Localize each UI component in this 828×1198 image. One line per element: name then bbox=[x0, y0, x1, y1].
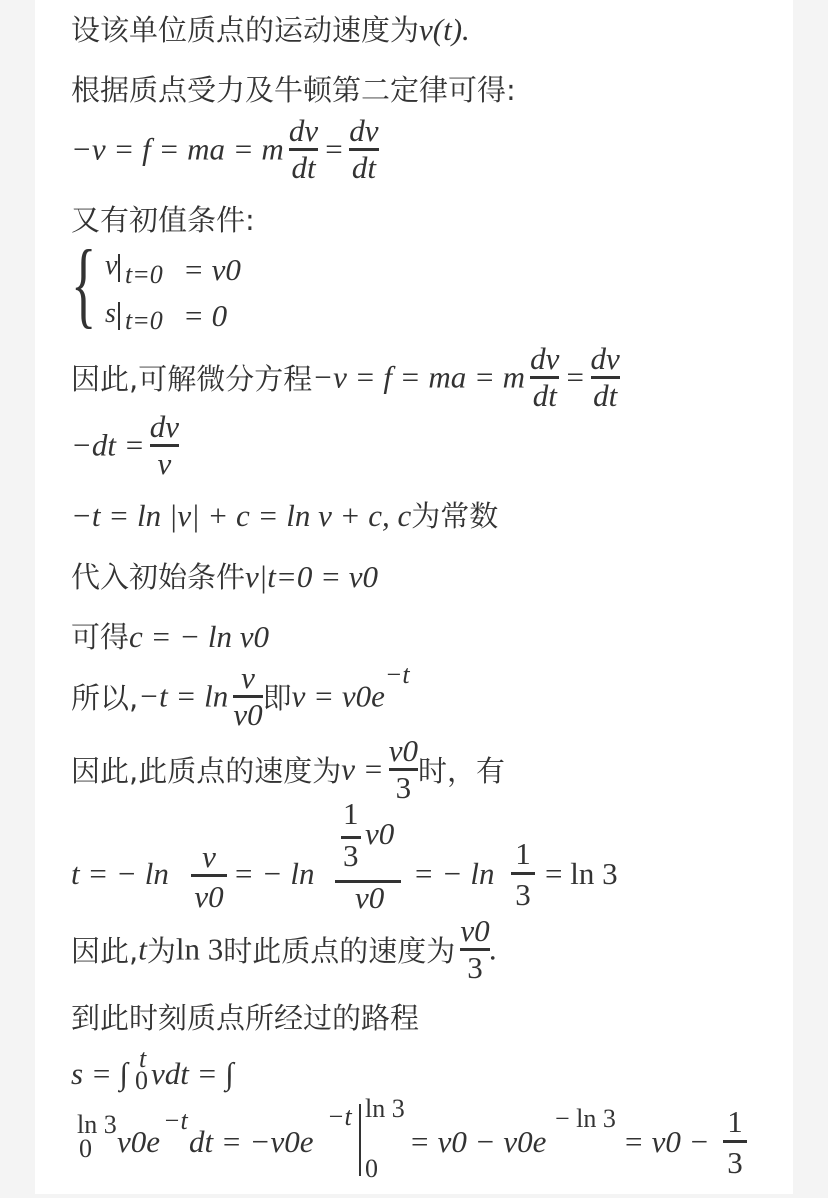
denominator: v0 bbox=[355, 880, 384, 916]
equals: = bbox=[565, 360, 586, 395]
line-conclusion-time: 因此,t为ln 3时此质点的速度为 v03. bbox=[71, 914, 497, 985]
initial-condition-cases: { v t=0 = v0 s t=0 = 0 bbox=[71, 242, 271, 342]
line-newton-law: 根据质点受力及牛顿第二定律可得: bbox=[71, 68, 516, 109]
math: ln 3 bbox=[176, 932, 223, 967]
eval-bar bbox=[118, 254, 120, 282]
text: 因此,此质点的速度为 bbox=[71, 754, 341, 788]
numerator: 1 bbox=[511, 836, 535, 872]
fraction-v0-3: v03 bbox=[389, 734, 418, 805]
text: 根据质点受力及牛顿第二定律可得: bbox=[71, 73, 516, 107]
text: 代入初始条件 bbox=[71, 560, 245, 594]
period: . bbox=[490, 932, 498, 967]
fraction-1-3: 1 3 bbox=[511, 836, 535, 915]
math: = − ln bbox=[413, 856, 494, 892]
equation-distance-result: ln 3 0 v0e −t dt = −v0e −t ln 3 0 = v0 −… bbox=[71, 1092, 771, 1192]
math: dt = −v0e bbox=[189, 1124, 313, 1160]
fraction-1-3: 1 3 bbox=[723, 1104, 747, 1183]
math: −v = f = ma = m bbox=[71, 132, 284, 167]
math: vdt = ∫ bbox=[151, 1056, 234, 1092]
numerator: v bbox=[233, 661, 262, 695]
inner-denominator: 3 bbox=[343, 838, 359, 874]
denominator: dt bbox=[349, 151, 378, 185]
numerator: dv bbox=[530, 342, 559, 376]
text: 又有初值条件: bbox=[71, 203, 255, 237]
math: t bbox=[138, 932, 147, 967]
numerator: dv bbox=[349, 114, 378, 148]
line-distance-heading: 到此时刻质点所经过的路程 bbox=[71, 996, 419, 1037]
fraction-dv-dt: dvdt bbox=[289, 114, 318, 185]
rhs: = v0 bbox=[183, 252, 241, 288]
text: 因此, bbox=[71, 934, 138, 968]
line-velocity-definition: 设该单位质点的运动速度为v(t). bbox=[71, 8, 470, 49]
numerator-v0: v0 bbox=[365, 816, 394, 852]
fraction-complex: 1 3 v0 v0 bbox=[335, 796, 401, 916]
eval-lower: 0 bbox=[365, 1154, 378, 1184]
math: v0e bbox=[117, 1124, 160, 1160]
var: v bbox=[105, 250, 117, 282]
eval-upper: ln 3 bbox=[365, 1094, 405, 1124]
text: 为常数 bbox=[411, 499, 498, 533]
math: = − ln bbox=[233, 856, 314, 892]
text: 到此时刻质点所经过的路程 bbox=[71, 1001, 419, 1035]
text: 即 bbox=[263, 681, 292, 715]
math: v = bbox=[341, 752, 383, 787]
text: 时，有 bbox=[418, 754, 505, 788]
math: c = − ln v0 bbox=[129, 619, 269, 654]
fraction-dv-dt: dvdt bbox=[349, 114, 378, 185]
denominator: dt bbox=[289, 151, 318, 185]
denominator: 3 bbox=[460, 951, 489, 985]
lower-limit: 0 bbox=[79, 1134, 92, 1164]
left-brace-icon: { bbox=[71, 236, 96, 332]
fraction-v-v0: v v0 bbox=[191, 840, 227, 917]
inner-numerator: 1 bbox=[343, 796, 359, 832]
math: s = ∫ bbox=[71, 1056, 128, 1092]
equals: = bbox=[323, 132, 344, 167]
denominator: v0 bbox=[191, 877, 227, 917]
denominator: v0 bbox=[233, 698, 262, 732]
fraction-dv-v: dvv bbox=[150, 410, 179, 481]
line-constant: 可得c = − ln v0 bbox=[71, 615, 269, 656]
equation-newton: −v = f = ma = m dvdt = dvdt bbox=[71, 114, 379, 185]
math: v(t). bbox=[419, 12, 470, 47]
eval-bar bbox=[118, 302, 120, 330]
var: s bbox=[105, 298, 116, 330]
numerator: v0 bbox=[389, 734, 418, 768]
exponent: −t bbox=[327, 1102, 352, 1132]
line-substitute-initial: 代入初始条件v|t=0 = v0 bbox=[71, 555, 378, 596]
numerator: 1 bbox=[723, 1104, 747, 1140]
line-solve-ode: 因此,可解微分方程−v = f = ma = m dvdt = dvdt bbox=[71, 342, 620, 413]
math: v = v0e bbox=[292, 679, 385, 714]
fraction-v-v0: vv0 bbox=[233, 661, 262, 732]
denominator: dt bbox=[530, 379, 559, 413]
denominator: 3 bbox=[511, 875, 535, 915]
math: −v = f = ma = m bbox=[312, 360, 525, 395]
text: 时此质点的速度为 bbox=[223, 934, 455, 968]
exponent: − ln 3 bbox=[555, 1104, 616, 1134]
math: −t = ln bbox=[138, 679, 228, 714]
math: = v0 − v0e bbox=[409, 1124, 546, 1160]
math: = v0 − bbox=[623, 1124, 710, 1160]
text: 所以, bbox=[71, 681, 138, 715]
numerator: dv bbox=[150, 410, 179, 444]
numerator: dv bbox=[289, 114, 318, 148]
line-initial-conditions: 又有初值条件: bbox=[71, 198, 255, 239]
denominator: v bbox=[150, 447, 179, 481]
math: v|t=0 = v0 bbox=[245, 559, 378, 594]
equation-separation: −dt = dvv bbox=[71, 410, 179, 481]
exponent: −t bbox=[385, 660, 410, 689]
text: 为 bbox=[147, 934, 176, 968]
rhs: = 0 bbox=[183, 298, 227, 334]
text: 可得 bbox=[71, 620, 129, 654]
fraction-dv-dt: dvdt bbox=[530, 342, 559, 413]
numerator: v0 bbox=[460, 914, 489, 948]
line-third-velocity: 因此,此质点的速度为v = v03时，有 bbox=[71, 734, 505, 805]
math: t = − ln bbox=[71, 856, 169, 892]
fraction-v0-3: v03 bbox=[460, 914, 489, 985]
subscript: t=0 bbox=[125, 260, 163, 290]
subscript: t=0 bbox=[125, 306, 163, 336]
math: −dt = bbox=[71, 428, 145, 463]
equation-integrated: −t = ln |v| + c = ln v + c, c为常数 bbox=[71, 494, 498, 535]
line-velocity-solution: 所以,−t = ln vv0即v = v0e−t bbox=[71, 660, 410, 732]
text: 因此,可解微分方程 bbox=[71, 362, 312, 396]
math: = ln 3 bbox=[545, 856, 618, 892]
denominator: 3 bbox=[723, 1143, 747, 1183]
math: −t = ln |v| + c = ln v + c, c bbox=[71, 498, 411, 533]
numerator: dv bbox=[591, 342, 620, 376]
exponent: −t bbox=[163, 1106, 188, 1136]
text: 设该单位质点的运动速度为 bbox=[71, 13, 419, 47]
numerator: v bbox=[191, 840, 227, 874]
eval-bar bbox=[359, 1104, 361, 1176]
fraction-dv-dt: dvdt bbox=[591, 342, 620, 413]
denominator: dt bbox=[591, 379, 620, 413]
